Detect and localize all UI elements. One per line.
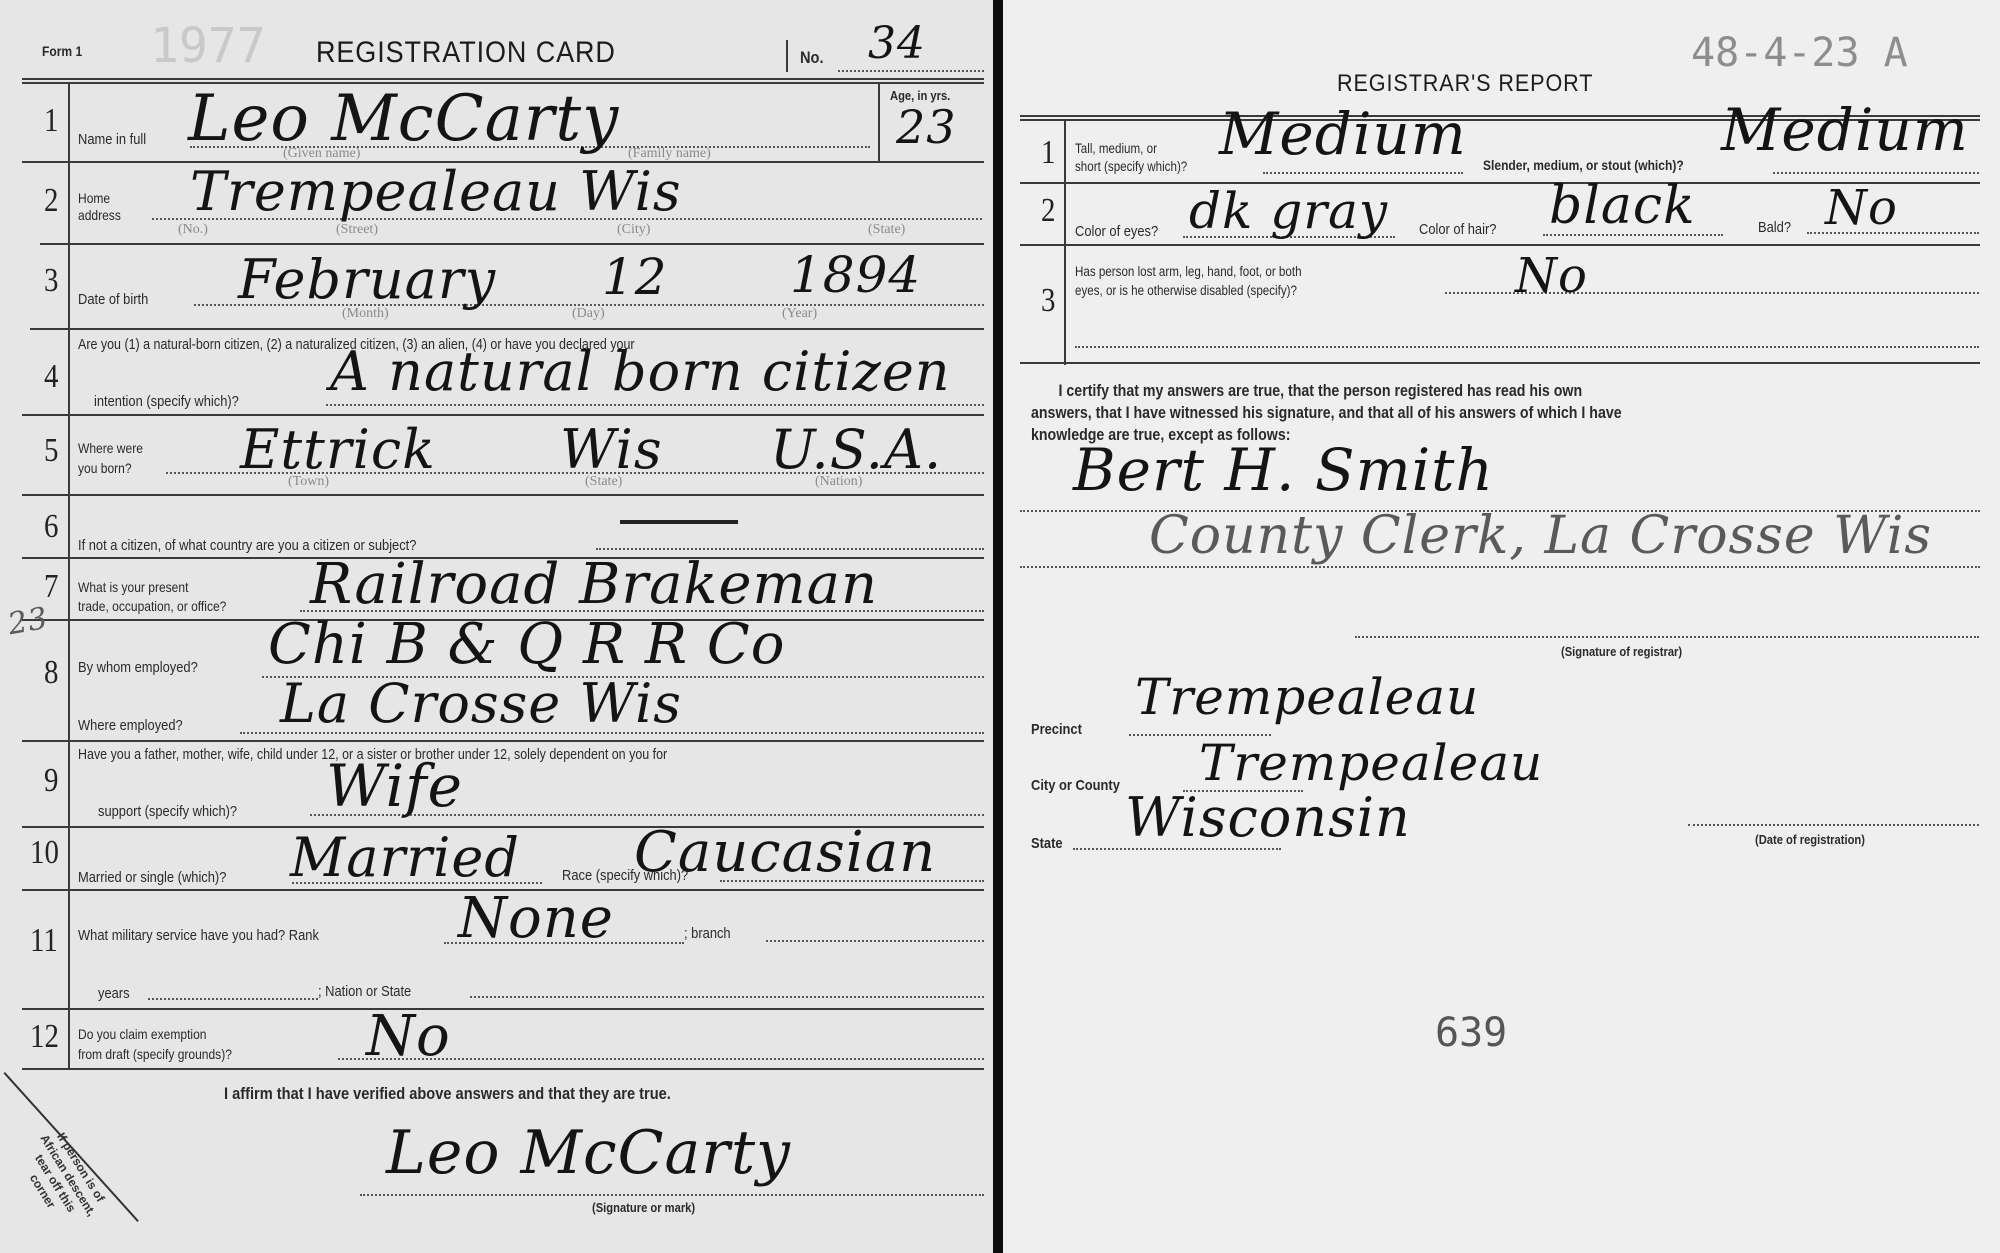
birth-month-value: February <box>238 248 496 311</box>
employment-place-value: La Crosse Wis <box>280 672 682 735</box>
name-label: Name in full <box>78 130 146 149</box>
card-divider <box>993 0 1003 1253</box>
age-value: 23 <box>896 100 957 154</box>
years-label: years <box>98 984 130 1003</box>
registrars-report-card: 48-4-23 A REGISTRAR'S REPORT 1 Tall, med… <box>1003 0 2000 1253</box>
precinct-value: Trempealeau <box>1135 668 1479 726</box>
margin-note: 23 <box>5 601 51 642</box>
draft-registration-document: Form 1 1977 REGISTRATION CARD No. 34 1 N… <box>0 0 2000 1253</box>
nation-state-label: ; Nation or State <box>318 982 411 1001</box>
city-county-value: Trempealeau <box>1199 734 1543 792</box>
home-address-value: Trempealeau Wis <box>190 160 682 223</box>
state-value: Wisconsin <box>1125 786 1411 849</box>
registration-card: Form 1 1977 REGISTRATION CARD No. 34 1 N… <box>0 0 993 1253</box>
military-service-label: What military service have you had? Rank <box>78 926 319 945</box>
hair-color-value: black <box>1549 176 1696 236</box>
number-label: No. <box>800 48 824 67</box>
city-county-label: City or County <box>1031 776 1120 795</box>
marital-status-label: Married or single (which)? <box>78 868 226 887</box>
citizenship-country-dash <box>620 520 738 524</box>
military-rank-value: None <box>458 886 614 951</box>
report-title: REGISTRAR'S REPORT <box>1337 70 1593 98</box>
dob-label: Date of birth <box>78 290 148 309</box>
disability-value: No <box>1515 248 1588 304</box>
birth-state-value: Wis <box>560 418 663 481</box>
build-label: Slender, medium, or stout (which)? <box>1483 156 1684 175</box>
registrar-signature: Bert H. Smith <box>1073 436 1494 504</box>
serial-stamp: 639 <box>1435 1010 1507 1056</box>
occupation-label: What is your present trade, occupation, … <box>78 578 226 616</box>
exemption-value: No <box>366 1004 451 1069</box>
file-stamp: 48-4-23 A <box>1691 30 1908 76</box>
disability-label: Has person lost arm, leg, hand, foot, or… <box>1075 262 1302 300</box>
birth-town-value: Ettrick <box>240 418 436 481</box>
birth-day-value: 12 <box>602 248 668 306</box>
race-value: Caucasian <box>634 820 936 885</box>
birth-year-value: 1894 <box>790 246 921 304</box>
registrant-signature: Leo McCarty <box>386 1118 791 1188</box>
employer-value: Chi B & Q R R Co <box>268 612 785 677</box>
height-value: Medium <box>1219 100 1467 168</box>
employer-label: By whom employed? <box>78 658 198 677</box>
home-address-label: Home address <box>78 190 121 224</box>
marital-status-value: Married <box>290 826 520 889</box>
form-label: Form 1 <box>42 42 82 61</box>
affirmation-text: I affirm that I have verified above answ… <box>224 1084 671 1103</box>
state-label: State <box>1031 834 1063 853</box>
signature-label: (Signature or mark) <box>592 1198 695 1217</box>
full-name-value: Leo McCarty <box>188 82 619 156</box>
faint-stamp: 1977 <box>150 18 266 74</box>
eye-color-label: Color of eyes? <box>1075 222 1158 241</box>
card-title: REGISTRATION CARD <box>316 36 616 70</box>
registrar-title: County Clerk, La Crosse Wis <box>1149 506 1932 566</box>
precinct-label: Precinct <box>1031 720 1082 739</box>
bald-value: No <box>1825 180 1898 236</box>
divider <box>786 40 788 72</box>
birth-nation-value: U.S.A. <box>770 418 942 481</box>
registration-date-label: (Date of registration) <box>1755 830 1865 849</box>
build-value: Medium <box>1721 96 1969 164</box>
branch-label: ; branch <box>684 924 731 943</box>
employment-place-label: Where employed? <box>78 716 183 735</box>
hair-color-label: Color of hair? <box>1419 220 1496 239</box>
birthplace-label: Where were you born? <box>78 438 143 478</box>
eye-color-value: dk gray <box>1189 182 1388 240</box>
citizenship-value: A natural born citizen <box>330 340 951 403</box>
tear-off-corner-note: If person is of African descent, tear of… <box>11 1124 111 1235</box>
card-number: 34 <box>868 18 926 69</box>
row-number-column <box>68 84 70 1069</box>
occupation-value: Railroad Brakeman <box>310 552 878 617</box>
bald-label: Bald? <box>1758 218 1791 237</box>
height-label: Tall, medium, or short (specify which)? <box>1075 140 1187 176</box>
registrar-signature-label: (Signature of registrar) <box>1561 642 1682 661</box>
exemption-label: Do you claim exemption from draft (speci… <box>78 1024 232 1064</box>
dependents-value: Wife <box>326 752 463 820</box>
